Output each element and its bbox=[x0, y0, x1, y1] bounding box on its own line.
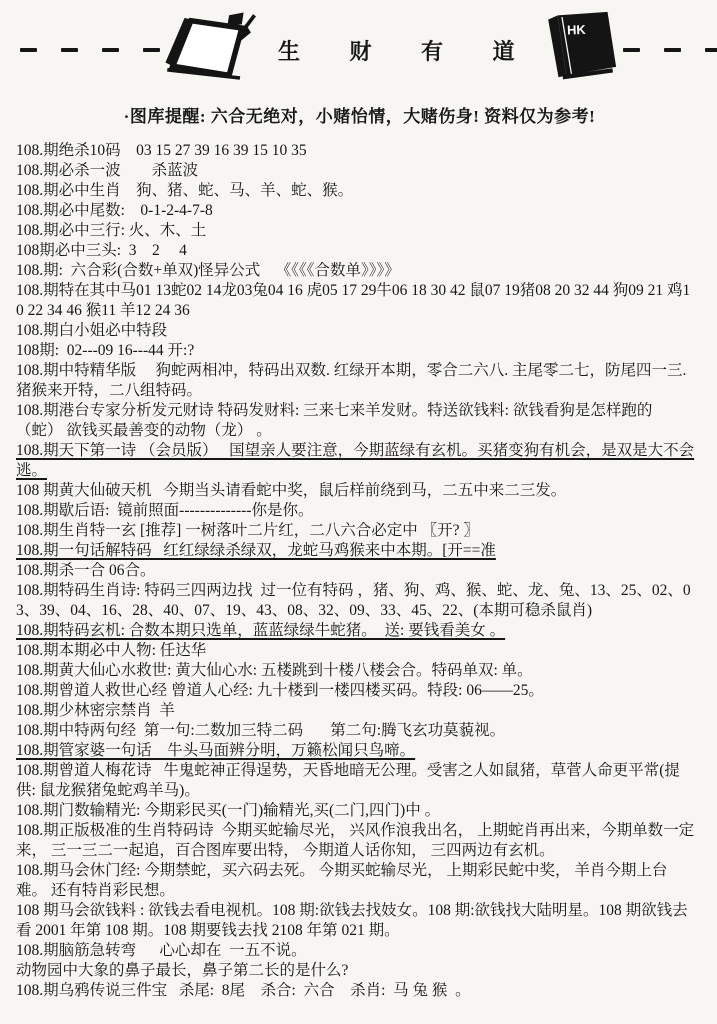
tip-line: 108.期: 六合彩(合数+单双)怪异公式 《《《《合数单》》》》 bbox=[16, 261, 697, 281]
dash bbox=[664, 48, 681, 52]
header-dashes-left bbox=[20, 48, 160, 52]
dash bbox=[143, 48, 160, 52]
tip-line: 108.期特码生肖诗: 特码三四两边找 过一位有特码 ，猪、狗、鸡、猴、蛇、龙、… bbox=[16, 581, 697, 621]
tip-line: 108.期门数输精光: 今期彩民买(一门)输精光,买(二门,四门)中 。 bbox=[16, 801, 697, 821]
tip-line: 108.期曾道人救世心经 曾道人心经: 九十楼到一楼四楼买码。特段: 06——2… bbox=[16, 681, 697, 701]
disclaimer-notice: ·图库提醒: 六合无绝对，小赌怡情，大赌伤身! 资料仅为参考! bbox=[16, 102, 703, 127]
hk-book-label: HK bbox=[566, 21, 586, 37]
tip-line: 108.期歇后语: 镜前照面--------------你是你。 bbox=[16, 501, 697, 521]
tip-line: 108.期管家婆一句话 牛头马面辨分明，万籁松闻只鸟啼。 bbox=[16, 741, 697, 761]
tip-line: 108.期黄大仙心水救世: 黄大仙心水: 五楼跳到十楼八楼会合。特码单双: 单。 bbox=[16, 661, 697, 681]
tip-line: 108.期中特精华版 狗蛇两相冲，特码出双数. 红绿开本期，零合二六八. 主尾零… bbox=[16, 361, 697, 401]
page-title: 生 财 有 道 bbox=[260, 35, 537, 66]
dash bbox=[61, 48, 78, 52]
tip-line: 108.期必中三行: 火、木、土 bbox=[16, 221, 697, 241]
tip-line: 108.期必中生肖 狗、猪、蛇、马、羊、蛇、猴。 bbox=[16, 181, 697, 201]
tip-line: 108.期脑筋急转弯 心心却在 一五不说。 bbox=[16, 941, 697, 961]
tip-line: 108期: 02---09 16---44 开:? bbox=[16, 341, 697, 361]
tip-line: 108期必中三头: 3 2 4 bbox=[16, 241, 697, 261]
tip-line: 108.期马会休门经: 今期禁蛇，买六码去死。 今期买蛇输尽光， 上期彩民蛇中奖… bbox=[16, 861, 697, 901]
hk-book-icon: HK bbox=[537, 8, 623, 93]
tip-line: 108.期白小姐必中特段 bbox=[16, 321, 697, 341]
tip-line: 108.期中特两句经 第一句:二数加三特二码 第二句:腾飞玄功莫藐视。 bbox=[16, 721, 697, 741]
page-header: 生 财 有 道 HK bbox=[16, 6, 703, 94]
tip-line: 108.期特在其中马01 13蛇02 14龙03兔04 16 虎05 17 29… bbox=[16, 281, 697, 321]
tip-line: 108.期必杀一波 杀蓝波 bbox=[16, 161, 697, 181]
tip-line: 108.期生肖特一玄 [推荐] 一树落叶二片红，二八六合必定中 〖开? 〗 bbox=[16, 521, 697, 541]
tip-lines: 108.期绝杀10码 03 15 27 39 16 39 15 10 35108… bbox=[16, 141, 703, 1001]
header-dashes-right bbox=[623, 48, 717, 52]
open-book-arrow-icon bbox=[160, 6, 260, 95]
tip-line: 108.期绝杀10码 03 15 27 39 16 39 15 10 35 bbox=[16, 141, 697, 161]
tip-line: 108.期少林密宗禁肖 羊 bbox=[16, 701, 697, 721]
tip-line: 动物园中大象的鼻子最长，鼻子第二长的是什么? bbox=[16, 961, 697, 981]
dash bbox=[705, 48, 717, 52]
tip-line: 108.期港台专家分析发元财诗 特码发财料: 三来七来羊发财。特送欲钱料: 欲钱… bbox=[16, 401, 697, 441]
tip-line: 108.期杀一合 06合。 bbox=[16, 561, 697, 581]
dash bbox=[623, 48, 640, 52]
tip-line: 108.期一句话解特码 红红绿绿杀绿双，龙蛇马鸡猴来中本期。[开==准 bbox=[16, 541, 697, 561]
tip-line: 108.期乌鸦传说三件宝 杀尾: 8尾 杀合: 六合 杀肖: 马 兔 猴 。 bbox=[16, 981, 697, 1001]
tip-line: 108.期必中尾数: 0-1-2-4-7-8 bbox=[16, 201, 697, 221]
tip-line: 108 期马会欲钱料 : 欲钱去看电视机。108 期:欲钱去找妓女。108 期:… bbox=[16, 901, 697, 941]
tip-line: 108.期正版极准的生肖特码诗 今期买蛇输尽光， 兴风作浪我出名， 上期蛇肖再出… bbox=[16, 821, 697, 861]
tip-line: 108.期本期必中人物: 任达华 bbox=[16, 641, 697, 661]
dash bbox=[20, 48, 37, 52]
tip-line: 108.期特码玄机: 合数本期只选单，蓝蓝绿绿牛蛇猪。 送: 要钱看美女 。 bbox=[16, 621, 697, 641]
tip-line: 108.期曾道人梅花诗 牛鬼蛇神正得逞势，天昏地暗无公理。受害之人如鼠猪，草菅人… bbox=[16, 761, 697, 801]
tip-line: 108 期黄大仙破天机 今期当头请看蛇中奖，鼠后样前绕到马，二五中来二三发。 bbox=[16, 481, 697, 501]
dash bbox=[102, 48, 119, 52]
scanned-tip-sheet: 生 财 有 道 HK ·图库提醒: 六合无绝对，小赌怡情，大赌伤身! 资料仅为参… bbox=[0, 0, 717, 1001]
tip-line: 108.期天下第一诗 （会员版） 国望亲人要注意，今期蓝绿有玄机。买猪变狗有机会… bbox=[16, 441, 697, 481]
